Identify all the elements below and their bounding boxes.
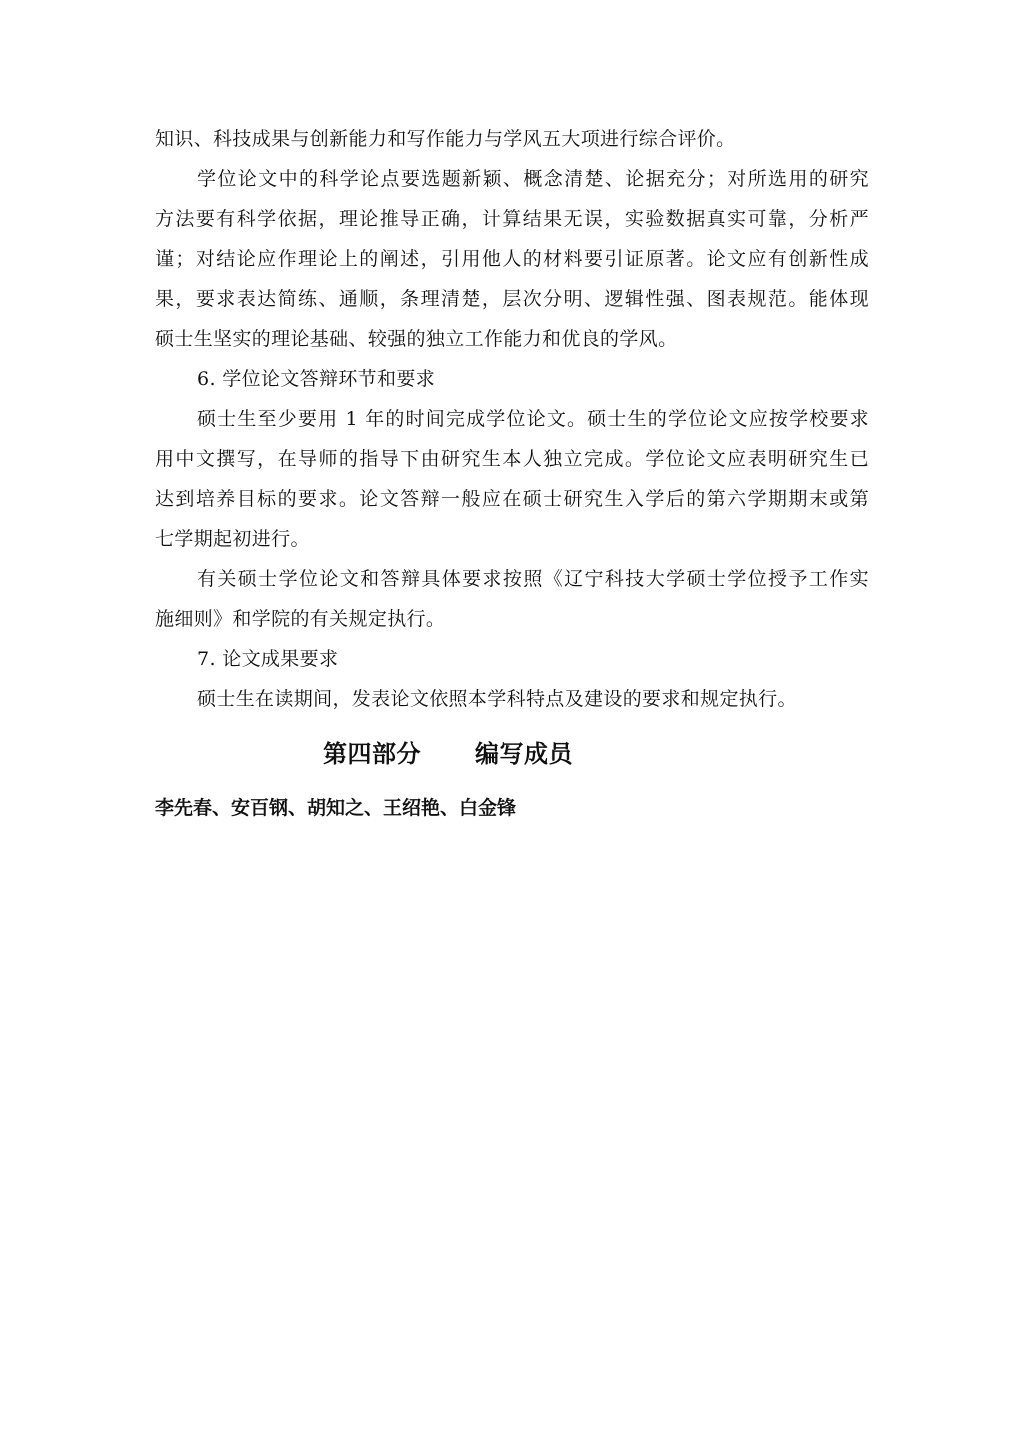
item-7-heading: 7. 论文成果要求 <box>155 639 869 679</box>
numbered-item-heading: 7. 论文成果要求 <box>155 639 869 679</box>
paragraph-thesis-requirements: 学位论文中的科学论点要选题新颖、概念清楚、论据充分；对所选用的研究 方法要有科学… <box>155 159 869 359</box>
paragraph-defense-timing: 硕士生至少要用 1 年的时间完成学位论文。硕士生的学位论文应按学校要求 用中文撰… <box>155 399 869 559</box>
section-title: 编写成员 <box>475 740 573 768</box>
text-line: 七学期起初进行。 <box>155 519 869 559</box>
paragraph-defense-rules: 有关硕士学位论文和答辩具体要求按照《辽宁科技大学硕士学位授予工作实 施细则》和学… <box>155 559 869 639</box>
paragraph-publication-requirements: 硕士生在读期间，发表论文依照本学科特点及建设的要求和规定执行。 <box>155 679 869 719</box>
numbered-item-heading: 6. 学位论文答辩环节和要求 <box>155 359 869 399</box>
item-6-heading: 6. 学位论文答辩环节和要求 <box>155 359 869 399</box>
text-line: 施细则》和学院的有关规定执行。 <box>155 599 869 639</box>
section-heading: 第四部分编写成员 <box>323 734 573 774</box>
text-line: 硕士生坚实的理论基础、较强的独立工作能力和优良的学风。 <box>155 319 869 359</box>
section-part-label: 第四部分 <box>323 740 421 768</box>
text-line: 谨；对结论应作理论上的阐述，引用他人的材料要引证原著。论文应有创新性成 <box>155 239 869 279</box>
text-line: 学位论文中的科学论点要选题新颖、概念清楚、论据充分；对所选用的研究 <box>155 159 869 199</box>
text-line: 硕士生至少要用 1 年的时间完成学位论文。硕士生的学位论文应按学校要求 <box>155 399 869 439</box>
text-line: 达到培养目标的要求。论文答辩一般应在硕士研究生入学后的第六学期期末或第 <box>155 479 869 519</box>
paragraph-evaluation-continuation: 知识、科技成果与创新能力和写作能力与学风五大项进行综合评价。 <box>155 119 869 159</box>
text-line: 有关硕士学位论文和答辩具体要求按照《辽宁科技大学硕士学位授予工作实 <box>155 559 869 599</box>
author-list: 李先春、安百钢、胡知之、王绍艳、白金锋 <box>155 790 516 826</box>
text-line: 方法要有科学依据，理论推导正确，计算结果无误，实验数据真实可靠，分析严 <box>155 199 869 239</box>
text-line: 知识、科技成果与创新能力和写作能力与学风五大项进行综合评价。 <box>155 119 869 159</box>
body-text: 知识、科技成果与创新能力和写作能力与学风五大项进行综合评价。 学位论文中的科学论… <box>155 119 869 719</box>
document-page: 知识、科技成果与创新能力和写作能力与学风五大项进行综合评价。 学位论文中的科学论… <box>0 0 1024 1448</box>
text-line: 果，要求表达简练、通顺，条理清楚，层次分明、逻辑性强、图表规范。能体现 <box>155 279 869 319</box>
text-line: 用中文撰写，在导师的指导下由研究生本人独立完成。学位论文应表明研究生已 <box>155 439 869 479</box>
text-line: 硕士生在读期间，发表论文依照本学科特点及建设的要求和规定执行。 <box>155 679 869 719</box>
